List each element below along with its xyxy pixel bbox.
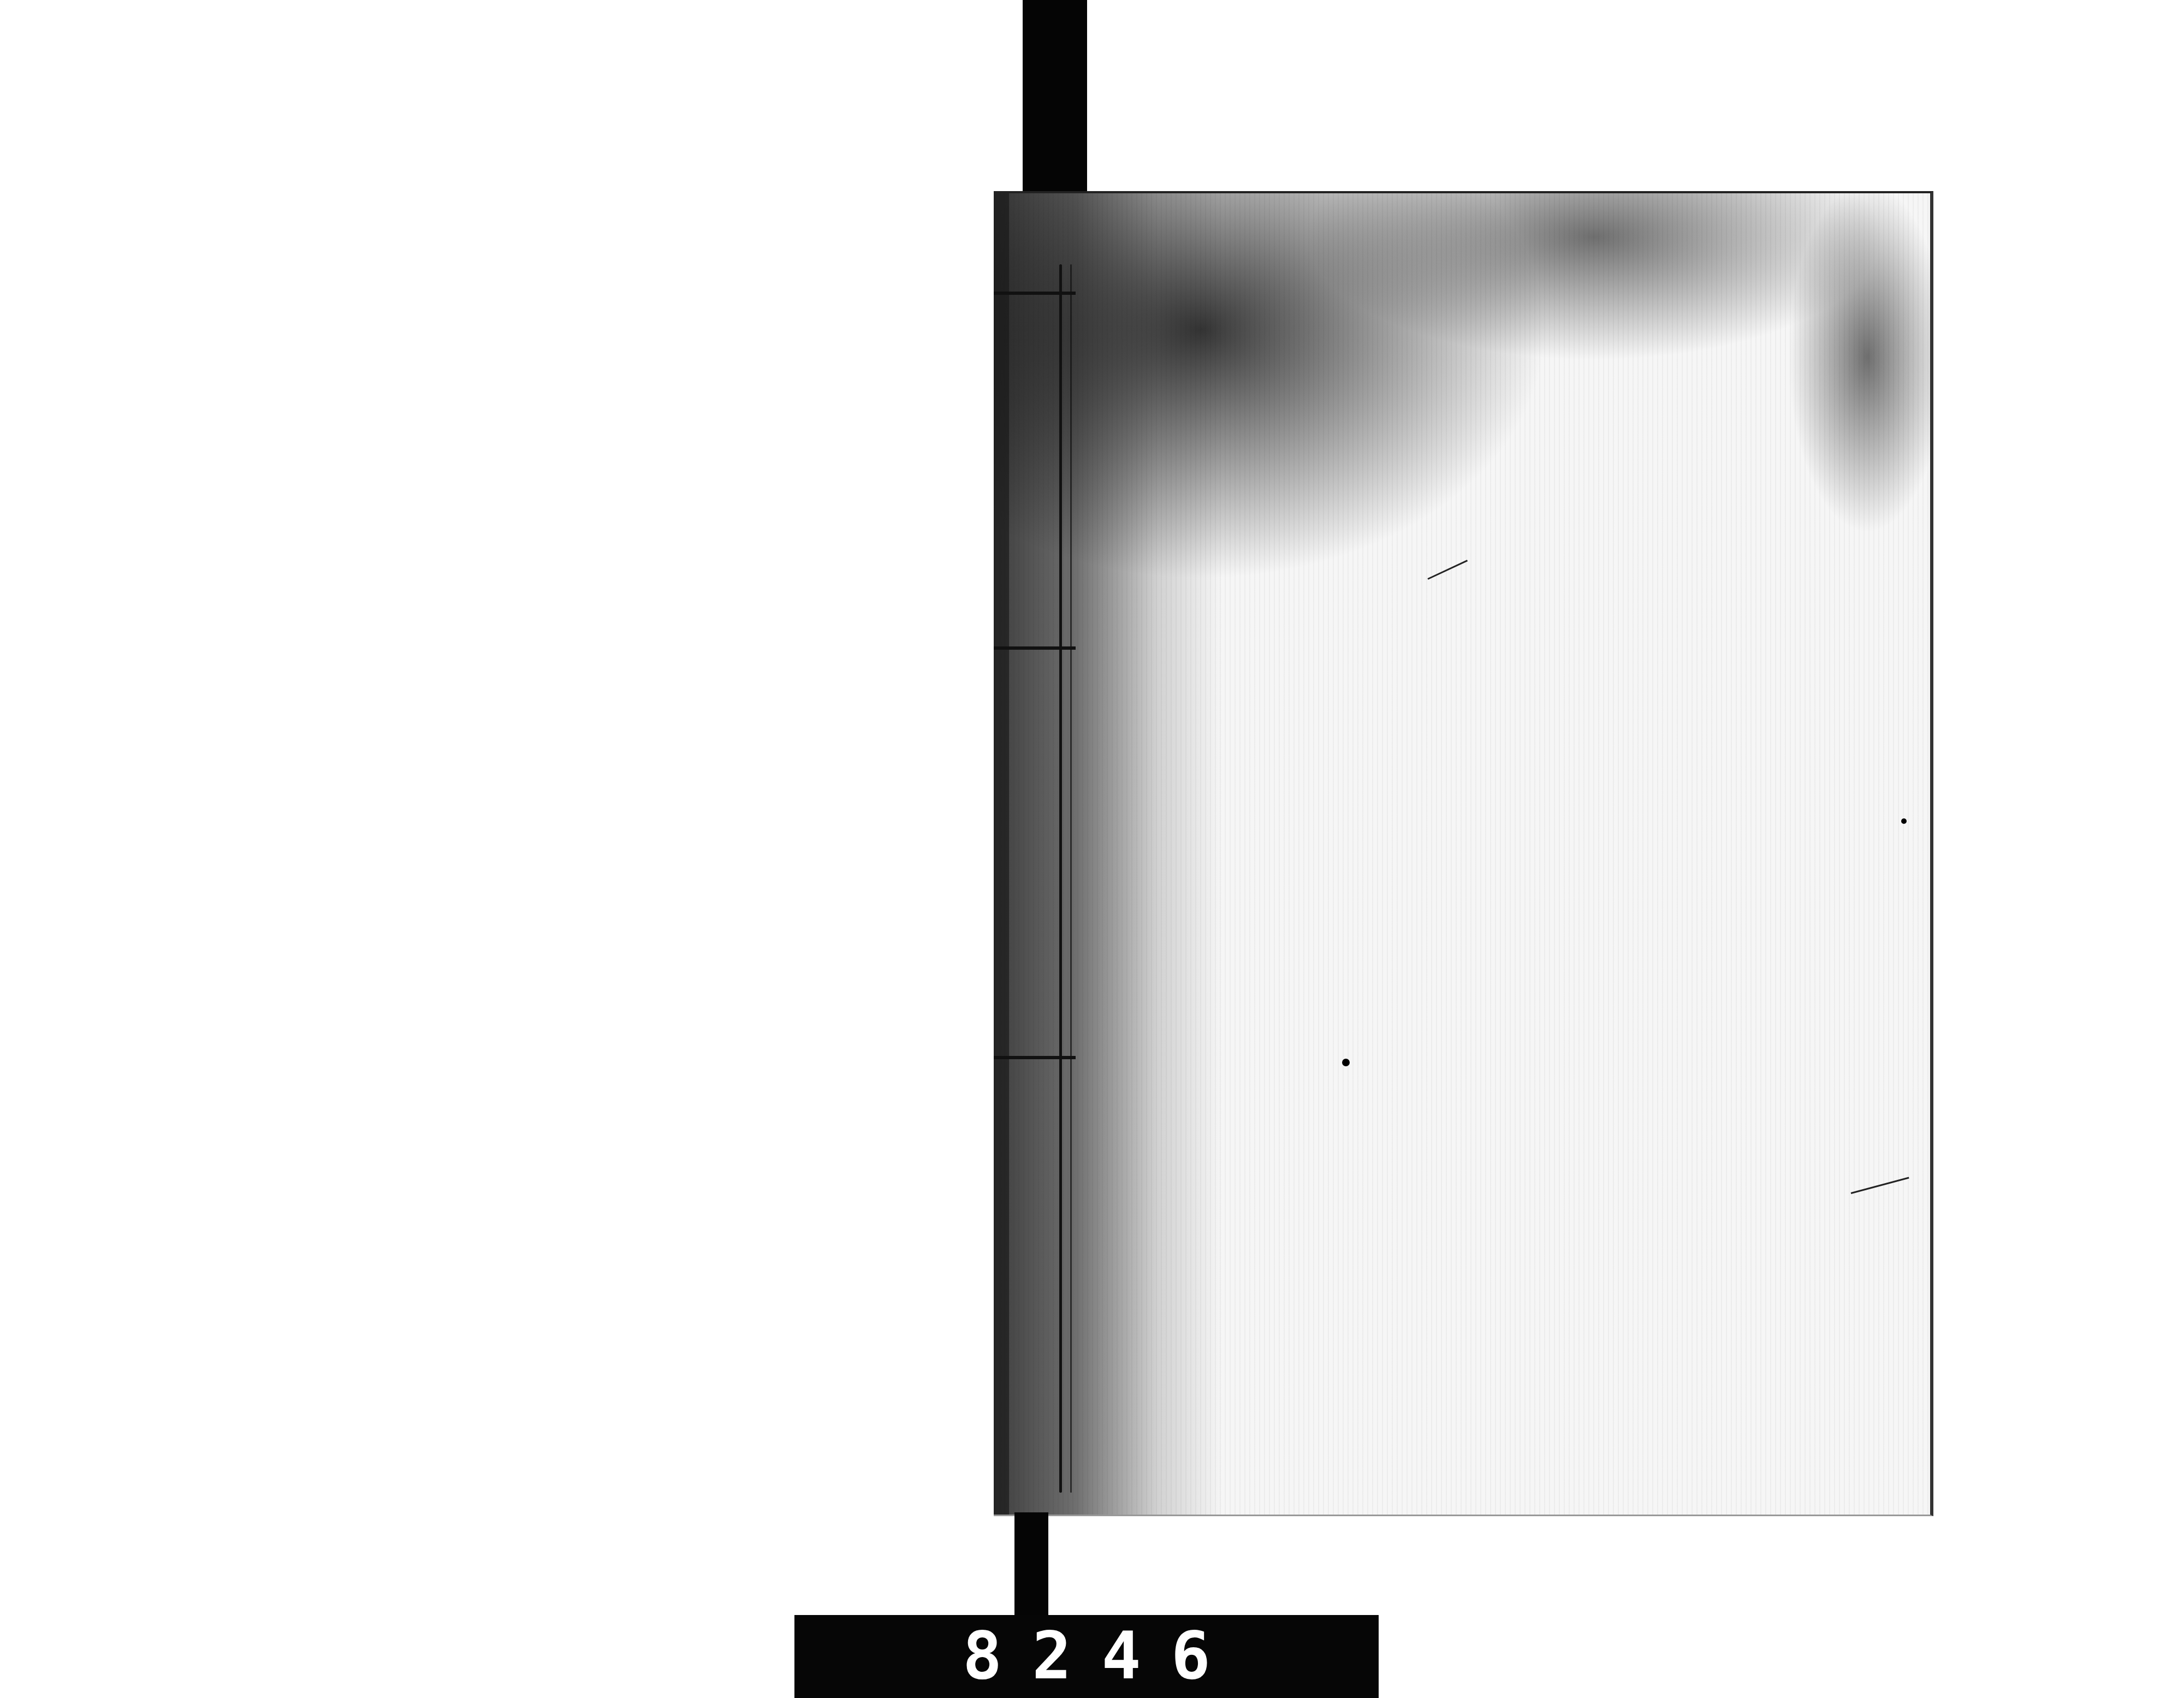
ink-speck [1901, 818, 1907, 824]
binding-thread [1059, 264, 1062, 1493]
top-clamp-bar [1023, 0, 1087, 197]
bottom-clamp-bar [1014, 1512, 1048, 1619]
surface-scratch [1427, 560, 1468, 580]
surface-scratch [1851, 1177, 1909, 1194]
catalog-label: 8246 [794, 1615, 1379, 1698]
ink-speck [1342, 1059, 1350, 1066]
book-cover [994, 191, 1933, 1516]
binding-stitch-mark [994, 1056, 1076, 1059]
binding-stitch-mark [994, 292, 1076, 295]
binding-thread-secondary [1070, 264, 1072, 1493]
spine-edge [994, 193, 1009, 1515]
binding-stitch-mark [994, 646, 1076, 650]
catalog-number: 8246 [933, 1624, 1241, 1689]
